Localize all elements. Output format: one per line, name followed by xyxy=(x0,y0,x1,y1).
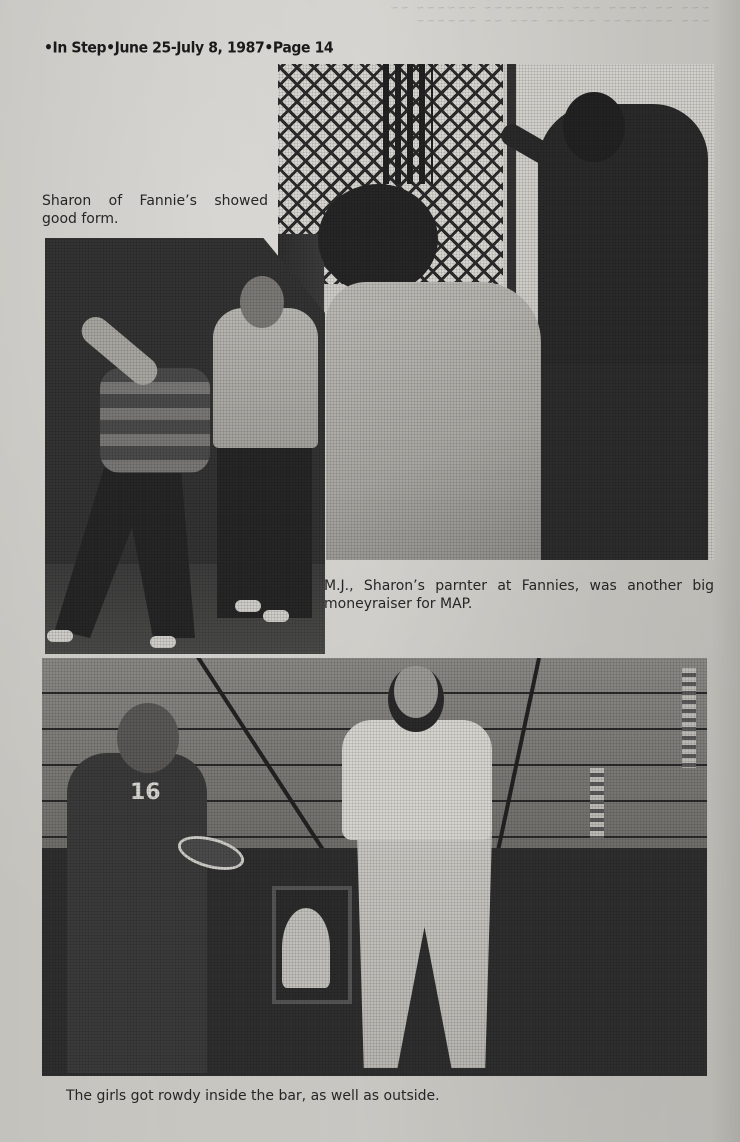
foreground-person-shirt xyxy=(326,282,541,560)
shoe xyxy=(150,636,176,648)
shoe xyxy=(263,610,289,622)
dancer-white-shirt xyxy=(342,720,492,840)
woman-striped-shirt xyxy=(100,368,210,473)
sharon-photo xyxy=(45,238,325,654)
man-head xyxy=(240,276,284,328)
jersey-number: 16 xyxy=(130,780,161,805)
cage-pole xyxy=(507,64,516,294)
hanging-lamp xyxy=(682,668,696,768)
caption-bar: The girls got rowdy inside the bar, as w… xyxy=(66,1087,486,1105)
page-header: •In Step•June 25-July 8, 1987•Page 14 xyxy=(44,39,333,56)
man-pants xyxy=(217,443,312,618)
framed-figure xyxy=(282,908,330,988)
hanging-lamp xyxy=(590,768,604,838)
dancer-head xyxy=(388,666,444,732)
bleed-through-text: ~~~ ~~ ~~~~ ~~~ ~~~~~~~~ ~~~~~~ ~~~~~ ~~… xyxy=(250,2,710,30)
person-head xyxy=(563,92,625,162)
bats xyxy=(383,64,433,184)
caption-sharon: Sharon of Fannie’s showed good form. xyxy=(42,192,268,228)
woman-head xyxy=(117,703,179,773)
bar-photo: 16 xyxy=(42,658,707,1076)
man-tshirt xyxy=(213,308,318,448)
caption-mj: M.J., Sharon’s parnter at Fannies, was a… xyxy=(324,577,714,613)
foreground-person-head xyxy=(318,184,438,294)
shoe xyxy=(47,630,73,642)
batting-cage-photo xyxy=(278,64,714,560)
shoe xyxy=(235,600,261,612)
